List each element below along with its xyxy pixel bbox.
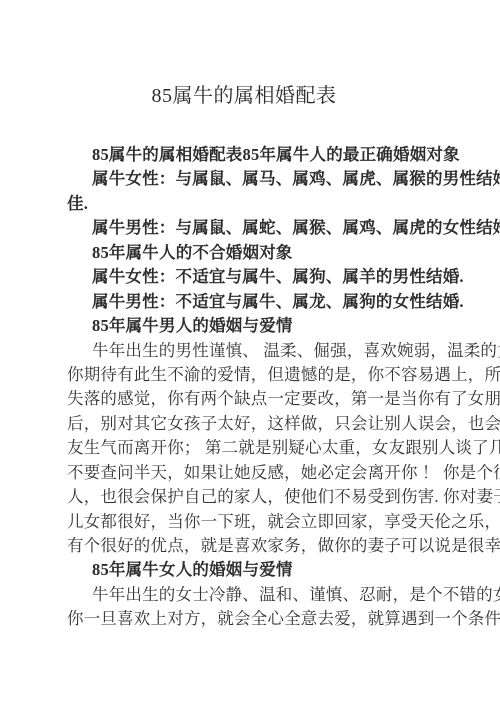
text-line: 你期待有此生不渝的爱情，但遗憾的是，你不容易遇上，所以有 xyxy=(67,363,470,387)
text-line: 不要查问半天，如果让她反感，她必定会离开你 ！ 你是个很顾家的 xyxy=(67,461,470,485)
document-title: 85属牛的属相婚配表 xyxy=(0,79,488,108)
text-line: 牛年出生的女士冷静、温和、谨慎、忍耐，是个不错的女性， xyxy=(67,583,470,607)
text-line: 人，也很会保护自己的家人，使他们不易受到伤害. 你对妻子、 xyxy=(67,485,470,509)
text-line: 有个很好的优点，就是喜欢家务，做你的妻子可以说是很幸福了. xyxy=(67,534,470,558)
text-line: 属牛女性：不适宜与属牛、属狗、属羊的男性结婚. xyxy=(67,265,470,289)
text-line: 85属牛的属相婚配表85年属牛人的最正确婚姻对象 xyxy=(67,143,470,167)
text-line: 属牛男性：与属鼠、属蛇、属猴、属鸡、属虎的女性结婚最 佳. xyxy=(67,216,470,240)
text-line: 后，别对其它女孩子太好，这样做，只会让别人误会，也会让女 xyxy=(67,412,470,436)
text-line: 佳. xyxy=(67,192,470,216)
text-line: 属牛男性：不适宜与属牛、属龙、属狗的女性结婚. xyxy=(67,290,470,314)
text-line: 85年属牛女人的婚姻与爱情 xyxy=(67,558,470,582)
text-line: 属牛女性：与属鼠、属马、属鸡、属虎、属猴的男性结婚最 xyxy=(67,167,470,191)
text-line: 85年属牛男人的婚姻与爱情 xyxy=(67,314,470,338)
text-line: 儿女都很好，当你一下班，就会立即回家，享受天伦之乐，你还 xyxy=(67,510,470,534)
text-line: 牛年出生的男性谨慎、 温柔、倔强，喜欢婉弱，温柔的女性. xyxy=(67,339,470,363)
document-lines: 85属牛的属相婚配表85年属牛人的最正确婚姻对象属牛女性：与属鼠、属马、属鸡、属… xyxy=(67,143,470,632)
text-line: 你一旦喜欢上对方，就会全心全意去爱，就算遇到一个条件更好 xyxy=(67,607,470,631)
text-line: 失落的感觉，你有两个缺点一定要改，第一是当你有了女朋友之 xyxy=(67,387,470,411)
text-line: 友生气而离开你； 第二就是别疑心太重，女友跟别人谈了几句话， xyxy=(67,436,470,460)
document-page: 85属牛的属相婚配表 85属牛的属相婚配表85年属牛人的最正确婚姻对象属牛女性：… xyxy=(0,0,500,708)
text-line: 85年属牛人的不合婚姻对象 xyxy=(67,241,470,265)
